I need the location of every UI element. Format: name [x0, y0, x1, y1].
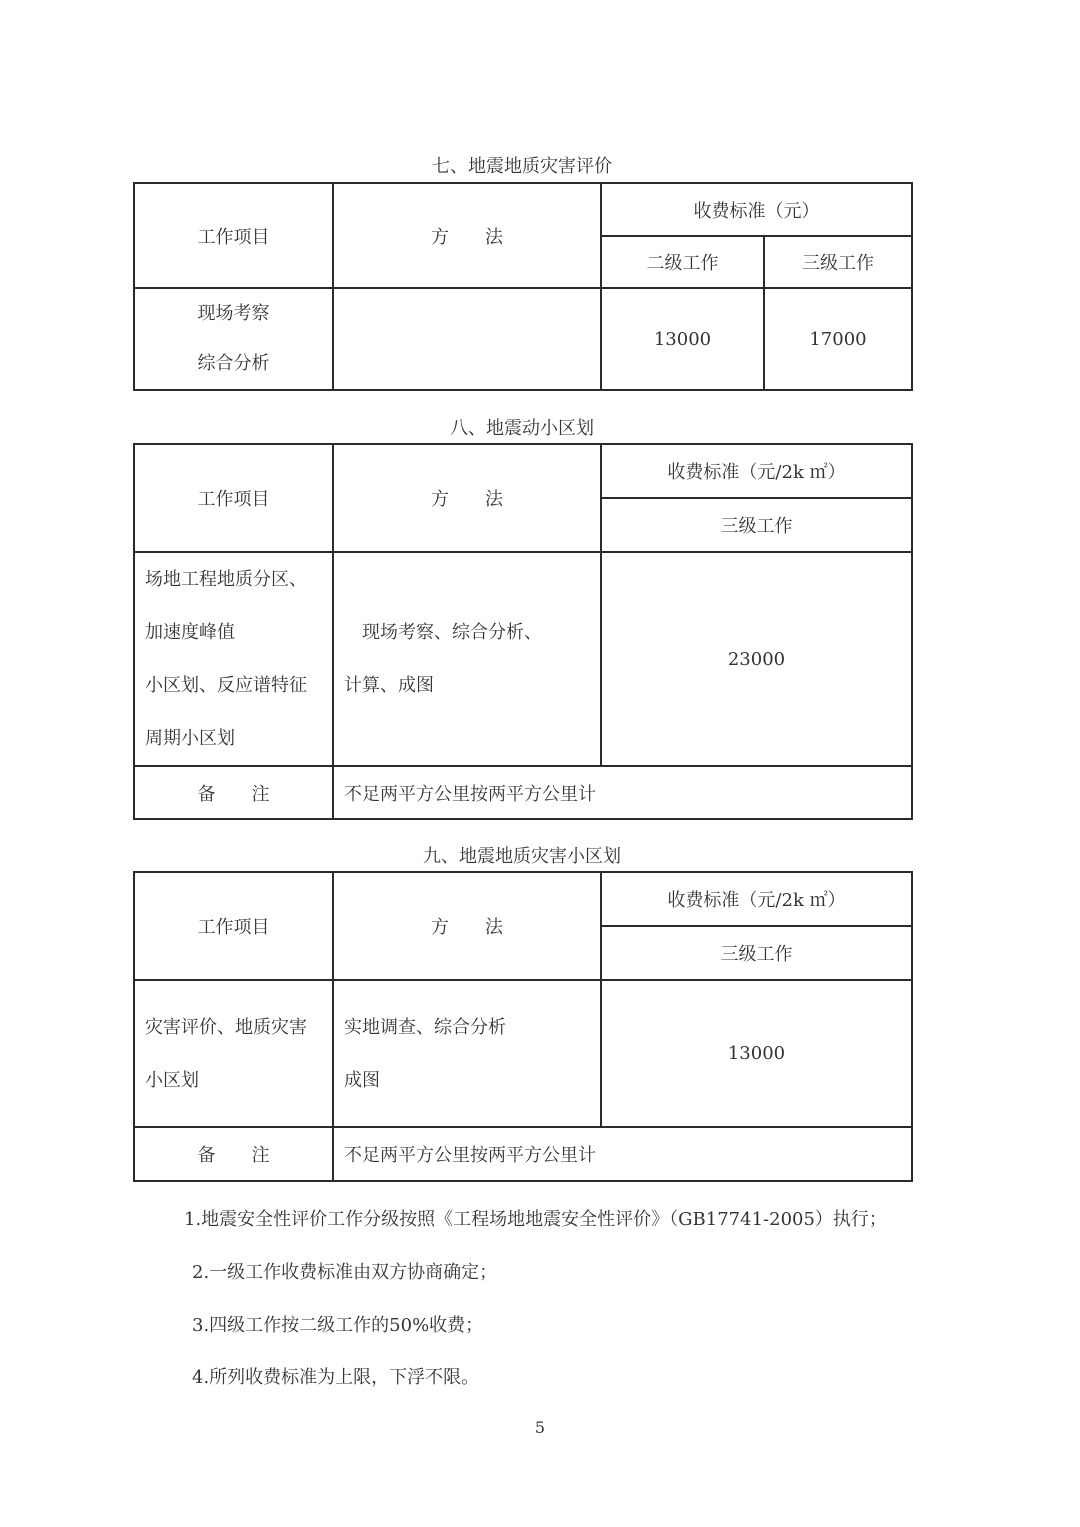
note-1: 1.地震安全性评价工作分级按照《工程场地地震安全性评价》（GB17741-200… [184, 1205, 887, 1231]
header-work-item: 工作项目 [134, 183, 333, 288]
header-level-3: 三级工作 [764, 236, 912, 288]
note-4: 4.所列收费标准为上限，下浮不限。 [192, 1363, 479, 1389]
remark-text: 不足两平方公里按两平方公里计 [333, 766, 912, 819]
header-fee-standard: 收费标准（元/2k ㎡） [601, 872, 912, 926]
work-item-cell: 现场考察 综合分析 [134, 288, 333, 390]
table-row: 场地工程地质分区、 加速度峰值 小区划、反应谱特征 周期小区划 现场考察、综合分… [134, 552, 912, 766]
header-level-3: 三级工作 [601, 498, 912, 552]
remark-row: 备 注 不足两平方公里按两平方公里计 [134, 766, 912, 819]
header-level-3: 三级工作 [601, 926, 912, 980]
note-2: 2.一级工作收费标准由双方协商确定； [192, 1258, 497, 1284]
fee-level-3-value: 17000 [764, 288, 912, 390]
fee-level-3-value: 13000 [601, 980, 912, 1127]
fee-level-2-value: 13000 [601, 288, 764, 390]
table-row: 灾害评价、地质灾害 小区划 实地调查、综合分析 成图 13000 [134, 980, 912, 1127]
table-row: 现场考察 综合分析 13000 17000 [134, 288, 912, 390]
remark-row: 备 注 不足两平方公里按两平方公里计 [134, 1127, 912, 1181]
work-item-cell: 灾害评价、地质灾害 小区划 [134, 980, 333, 1127]
header-method: 方 法 [333, 183, 601, 288]
header-method: 方 法 [333, 872, 601, 980]
header-work-item: 工作项目 [134, 872, 333, 980]
section-8-title: 八、地震动小区划 [133, 414, 911, 440]
fee-level-3-value: 23000 [601, 552, 912, 766]
section-7-table: 工作项目 方 法 收费标准（元） 二级工作 三级工作 现场考察 综合分析 130… [133, 182, 913, 391]
remark-label: 备 注 [134, 1127, 333, 1181]
section-7-title: 七、地震地质灾害评价 [133, 152, 911, 178]
note-3: 3.四级工作按二级工作的50%收费； [192, 1311, 483, 1337]
method-cell: 现场考察、综合分析、 计算、成图 [333, 552, 601, 766]
method-cell: 实地调查、综合分析 成图 [333, 980, 601, 1127]
header-level-2: 二级工作 [601, 236, 764, 288]
page-number: 5 [0, 1418, 1080, 1437]
method-cell [333, 288, 601, 390]
section-8-table: 工作项目 方 法 收费标准（元/2k ㎡） 三级工作 场地工程地质分区、 加速度… [133, 443, 913, 820]
header-fee-standard: 收费标准（元/2k ㎡） [601, 444, 912, 498]
section-9-table: 工作项目 方 法 收费标准（元/2k ㎡） 三级工作 灾害评价、地质灾害 小区划… [133, 871, 913, 1182]
header-work-item: 工作项目 [134, 444, 333, 552]
section-9-title: 九、地震地质灾害小区划 [133, 842, 911, 868]
header-method: 方 法 [333, 444, 601, 552]
header-fee-standard: 收费标准（元） [601, 183, 912, 236]
remark-label: 备 注 [134, 766, 333, 819]
work-item-cell: 场地工程地质分区、 加速度峰值 小区划、反应谱特征 周期小区划 [134, 552, 333, 766]
remark-text: 不足两平方公里按两平方公里计 [333, 1127, 912, 1181]
